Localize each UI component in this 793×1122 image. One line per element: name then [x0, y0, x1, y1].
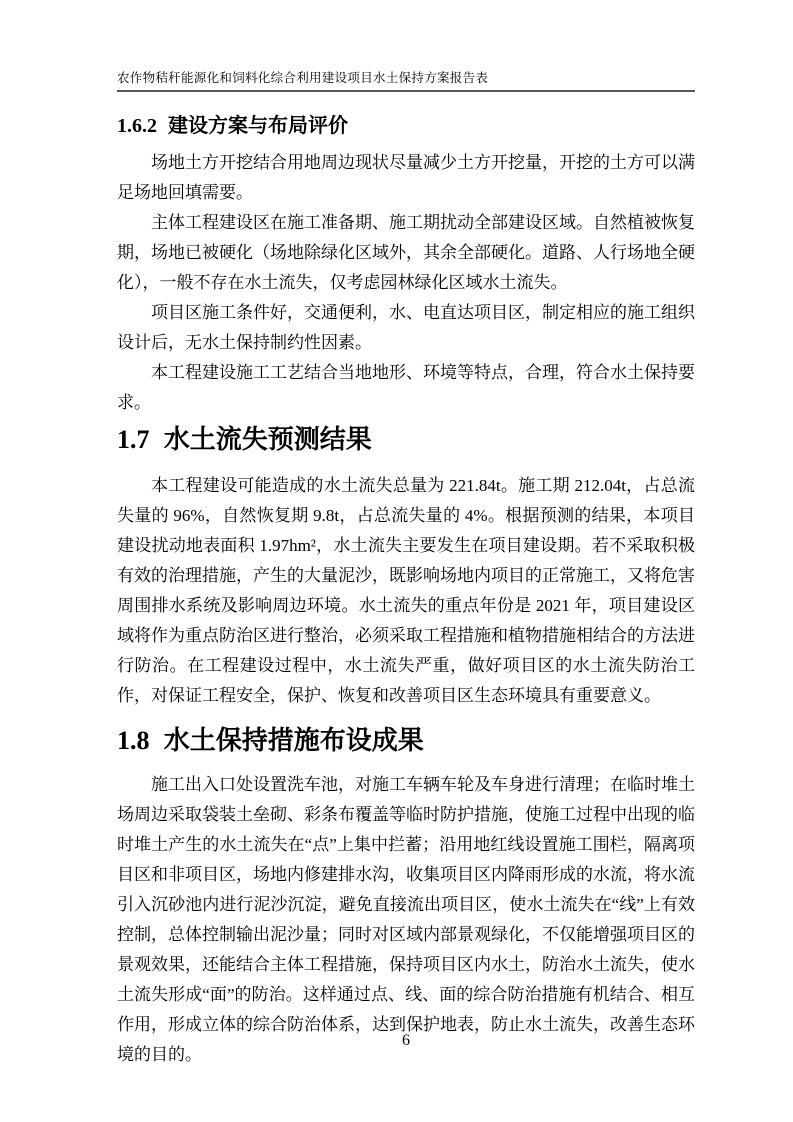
paragraph: 场地土方开挖结合用地周边现状尽量减少土方开挖量，开挖的土方可以满足场地回填需要。: [117, 148, 695, 208]
section-number: 1.6.2: [117, 115, 157, 137]
section-heading-1-8: 1.8水土保持措施布设成果: [117, 723, 695, 758]
running-header: 农作物秸秆能源化和饲料化综合利用建设项目水土保持方案报告表: [117, 70, 695, 92]
page-number: 6: [402, 1032, 410, 1049]
section-title: 水土流失预测结果: [164, 424, 372, 454]
section-heading-1-6-2: 1.6.2建设方案与布局评价: [117, 113, 695, 139]
paragraph: 项目区施工条件好，交通便利，水、电直达项目区，制定相应的施工组织设计后，无水土保…: [117, 298, 695, 358]
section-heading-1-7: 1.7水土流失预测结果: [117, 422, 695, 457]
header-title: 农作物秸秆能源化和饲料化综合利用建设项目水土保持方案报告表: [117, 70, 695, 92]
paragraph: 本工程建设施工工艺结合当地地形、环境等特点，合理，符合水土保持要求。: [117, 358, 695, 418]
section-title: 建设方案与布局评价: [168, 115, 348, 137]
section-number: 1.8: [117, 726, 150, 755]
paragraph: 主体工程建设区在施工准备期、施工期扰动全部建设区域。自然植被恢复期，场地已被硬化…: [117, 208, 695, 298]
paragraph: 本工程建设可能造成的水土流失总量为 221.84t。施工期 212.04t，占总…: [117, 471, 695, 711]
page-content: 1.6.2建设方案与布局评价 场地土方开挖结合用地周边现状尽量减少土方开挖量，开…: [117, 105, 695, 1070]
section-title: 水土保持措施布设成果: [164, 725, 424, 755]
document-page: 农作物秸秆能源化和饲料化综合利用建设项目水土保持方案报告表 1.6.2建设方案与…: [0, 0, 793, 1122]
section-number: 1.7: [117, 425, 150, 454]
paragraph: 施工出入口处设置洗车池，对施工车辆车轮及车身进行清理；在临时堆土场周边采取袋装土…: [117, 770, 695, 1070]
page-footer: 6: [117, 1030, 695, 1052]
